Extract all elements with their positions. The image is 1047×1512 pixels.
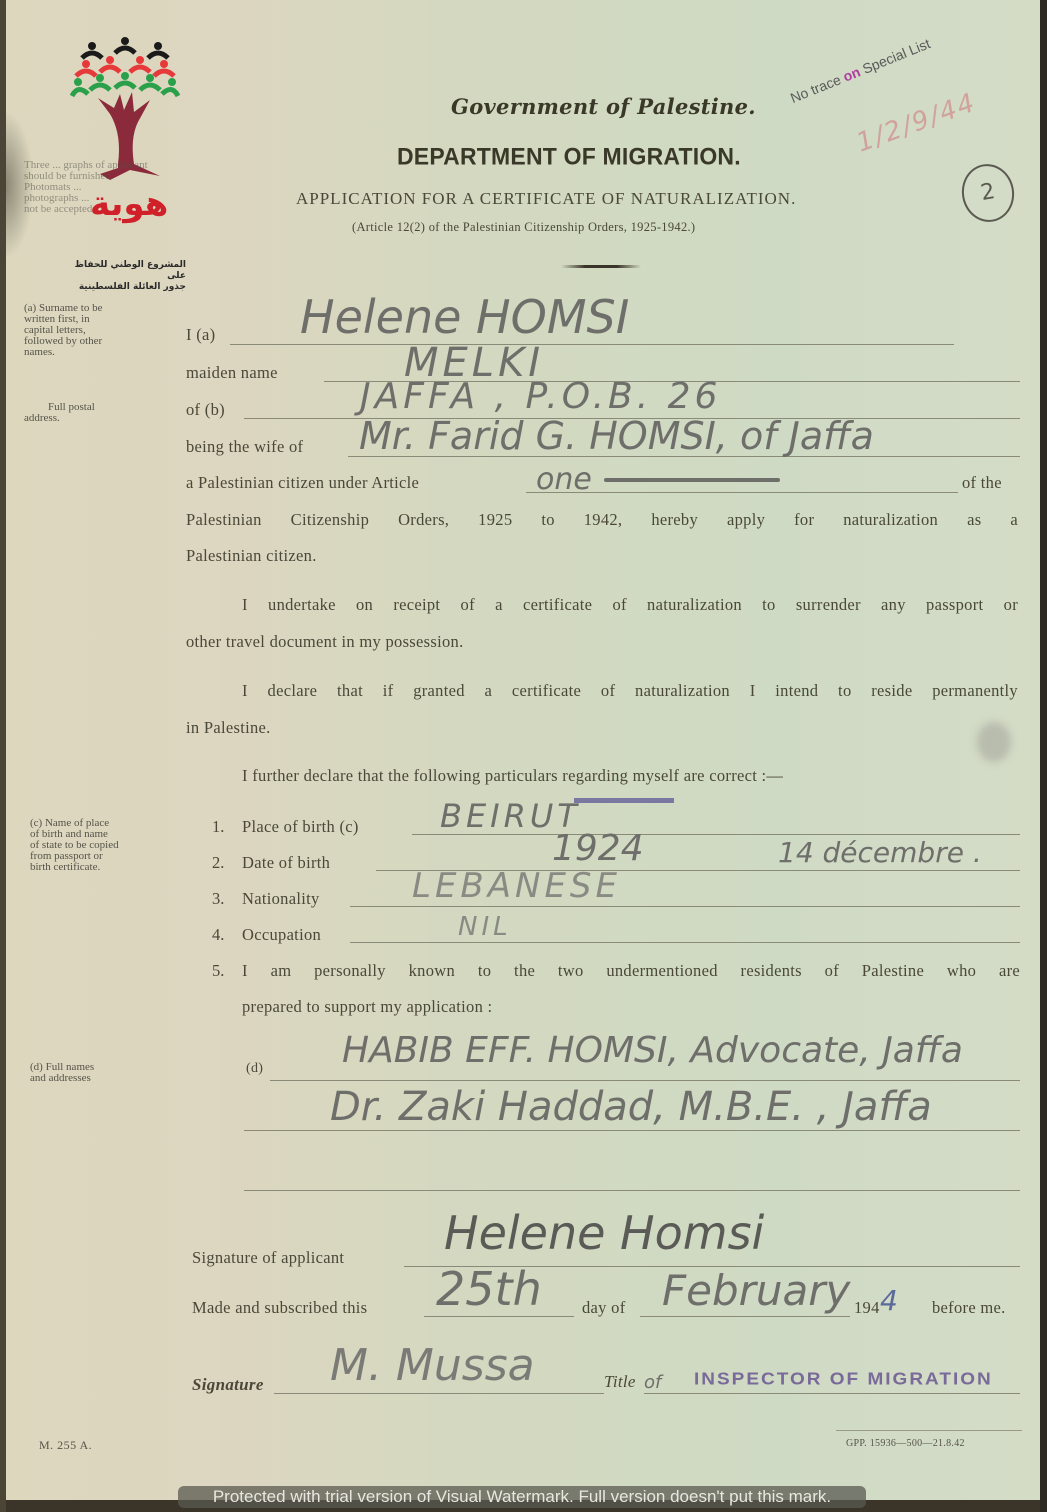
item-5-line-1: I am personally known to the two underme… <box>242 961 1020 981</box>
month-line <box>640 1316 850 1317</box>
item-4-number: 4. <box>212 925 224 945</box>
margin-note-b: Full postal address. <box>24 402 95 424</box>
form-number: M. 255 A. <box>39 1438 92 1453</box>
referee-1-line <box>270 1080 1020 1081</box>
day-of-label: day of <box>582 1298 626 1318</box>
birth-year-field[interactable]: 1924 <box>552 828 644 869</box>
naturalization-application-document: هوية المشروع الوطني للحفاظ على جذور العا… <box>4 0 1040 1500</box>
official-signature-label: Signature <box>192 1375 264 1395</box>
paragraph-4: I further declare that the following par… <box>242 766 783 786</box>
margin-note-d: (d) Full names and addresses <box>30 1062 94 1084</box>
place-of-birth-label: Place of birth (c) <box>242 817 359 837</box>
subscribed-label: Made and subscribed this <box>192 1298 367 1318</box>
applicant-signature-label: Signature of applicant <box>192 1248 344 1268</box>
footer-rule <box>836 1430 1022 1431</box>
husband-name-field[interactable]: Mr. Farid G. HOMSI, of Jaffa <box>359 414 874 458</box>
occupation-label: Occupation <box>242 925 321 945</box>
special-list-stamp: No trace on Special List <box>788 35 933 106</box>
postal-address-field[interactable]: JAFFA , P.O.B. 26 <box>360 376 721 417</box>
pencil-date-annotation: 1/2/9/44 <box>853 88 981 159</box>
inspector-title-stamp: INSPECTOR OF MIGRATION <box>694 1370 993 1390</box>
address-label: of (b) <box>186 400 225 420</box>
margin-note-a: (a) Surname to be written first, in capi… <box>24 303 103 358</box>
wife-of-label: being the wife of <box>186 437 303 457</box>
applicant-name-field[interactable]: Helene HOMSI <box>300 290 629 344</box>
applicant-signature[interactable]: Helene Homsi <box>444 1206 764 1260</box>
official-signature[interactable]: M. Mussa <box>330 1340 535 1391</box>
application-title: APPLICATION FOR A CERTIFICATE OF NATURAL… <box>296 189 796 209</box>
paragraph-3-line-1: I declare that if granted a certificate … <box>242 681 1018 701</box>
title-prefix: of <box>644 1372 661 1393</box>
occupation-field[interactable]: NIL <box>458 912 512 942</box>
referee-1-field[interactable]: HABIB EFF. HOMSI, Advocate, Jaffa <box>342 1030 963 1071</box>
maiden-name-label: maiden name <box>186 363 278 383</box>
official-signature-line <box>274 1393 604 1394</box>
birth-day-month-field[interactable]: 14 décembre . <box>778 836 982 869</box>
applicant-line <box>230 344 954 345</box>
circled-page-number: 2 <box>957 160 1018 226</box>
nationality-line <box>350 906 1020 907</box>
article-field[interactable]: one <box>536 462 592 497</box>
referees-label: (d) <box>246 1061 263 1077</box>
year-prefix: 194 <box>854 1298 880 1318</box>
referee-3-line <box>244 1190 1020 1191</box>
paragraph-1-line-2: Palestinian Citizenship Orders, 1925 to … <box>186 510 1018 530</box>
article-strike-line <box>604 478 780 482</box>
scan-edge-left <box>0 0 6 1512</box>
nationality-label: Nationality <box>242 889 320 909</box>
item-2-number: 2. <box>212 853 224 873</box>
paragraph-3-line-2: in Palestine. <box>186 718 271 738</box>
item-5-line-2: prepared to support my application : <box>242 997 492 1017</box>
margin-note-c: (c) Name of place of birth and name of s… <box>30 818 119 873</box>
article-subtitle: (Article 12(2) of the Palestinian Citize… <box>352 220 695 235</box>
article-suffix: of the <box>962 473 1002 493</box>
referee-2-line <box>244 1130 1020 1131</box>
nationality-field[interactable]: LEBANESE <box>412 866 621 906</box>
printer-code: GPP. 15936—500—21.8.42 <box>846 1438 965 1449</box>
year-suffix-field[interactable]: 4 <box>880 1284 898 1317</box>
title-label: Title <box>604 1372 636 1392</box>
decorative-rule <box>561 265 641 268</box>
applicant-label: I (a) <box>186 325 215 345</box>
watermark-banner: Protected with trial version of Visual W… <box>178 1486 866 1508</box>
item-5-number: 5. <box>212 961 224 981</box>
day-field[interactable]: 25th <box>436 1262 542 1316</box>
month-field[interactable]: February <box>662 1266 850 1315</box>
item-3-number: 3. <box>212 889 224 909</box>
day-line <box>424 1316 574 1317</box>
occupation-line <box>350 942 1020 943</box>
government-heading: Government of Palestine. <box>451 94 756 119</box>
hawiya-logo: هوية <box>70 34 180 274</box>
ink-smudge <box>977 722 1011 762</box>
logo-caption: المشروع الوطني للحفاظ على جذور العائلة ا… <box>56 260 186 293</box>
paragraph-2-line-1: I undertake on receipt of a certificate … <box>242 595 1018 615</box>
paragraph-1-line-3: Palestinian citizen. <box>186 546 317 566</box>
before-me-label: before me. <box>932 1298 1006 1318</box>
title-line <box>644 1393 1020 1394</box>
scan-edge-right <box>1040 0 1047 1512</box>
blue-strike-mark <box>574 798 674 803</box>
paragraph-2-line-2: other travel document in my possession. <box>186 632 464 652</box>
date-of-birth-label: Date of birth <box>242 853 330 873</box>
referee-2-field[interactable]: Dr. Zaki Haddad, M.B.E. , Jaffa <box>330 1084 932 1130</box>
article-label: a Palestinian citizen under Article <box>186 473 419 493</box>
department-heading: DEPARTMENT OF MIGRATION. <box>397 142 741 170</box>
item-1-number: 1. <box>212 817 224 837</box>
photo-instruction-note: Three ... graphs of applicant should be … <box>24 160 148 215</box>
